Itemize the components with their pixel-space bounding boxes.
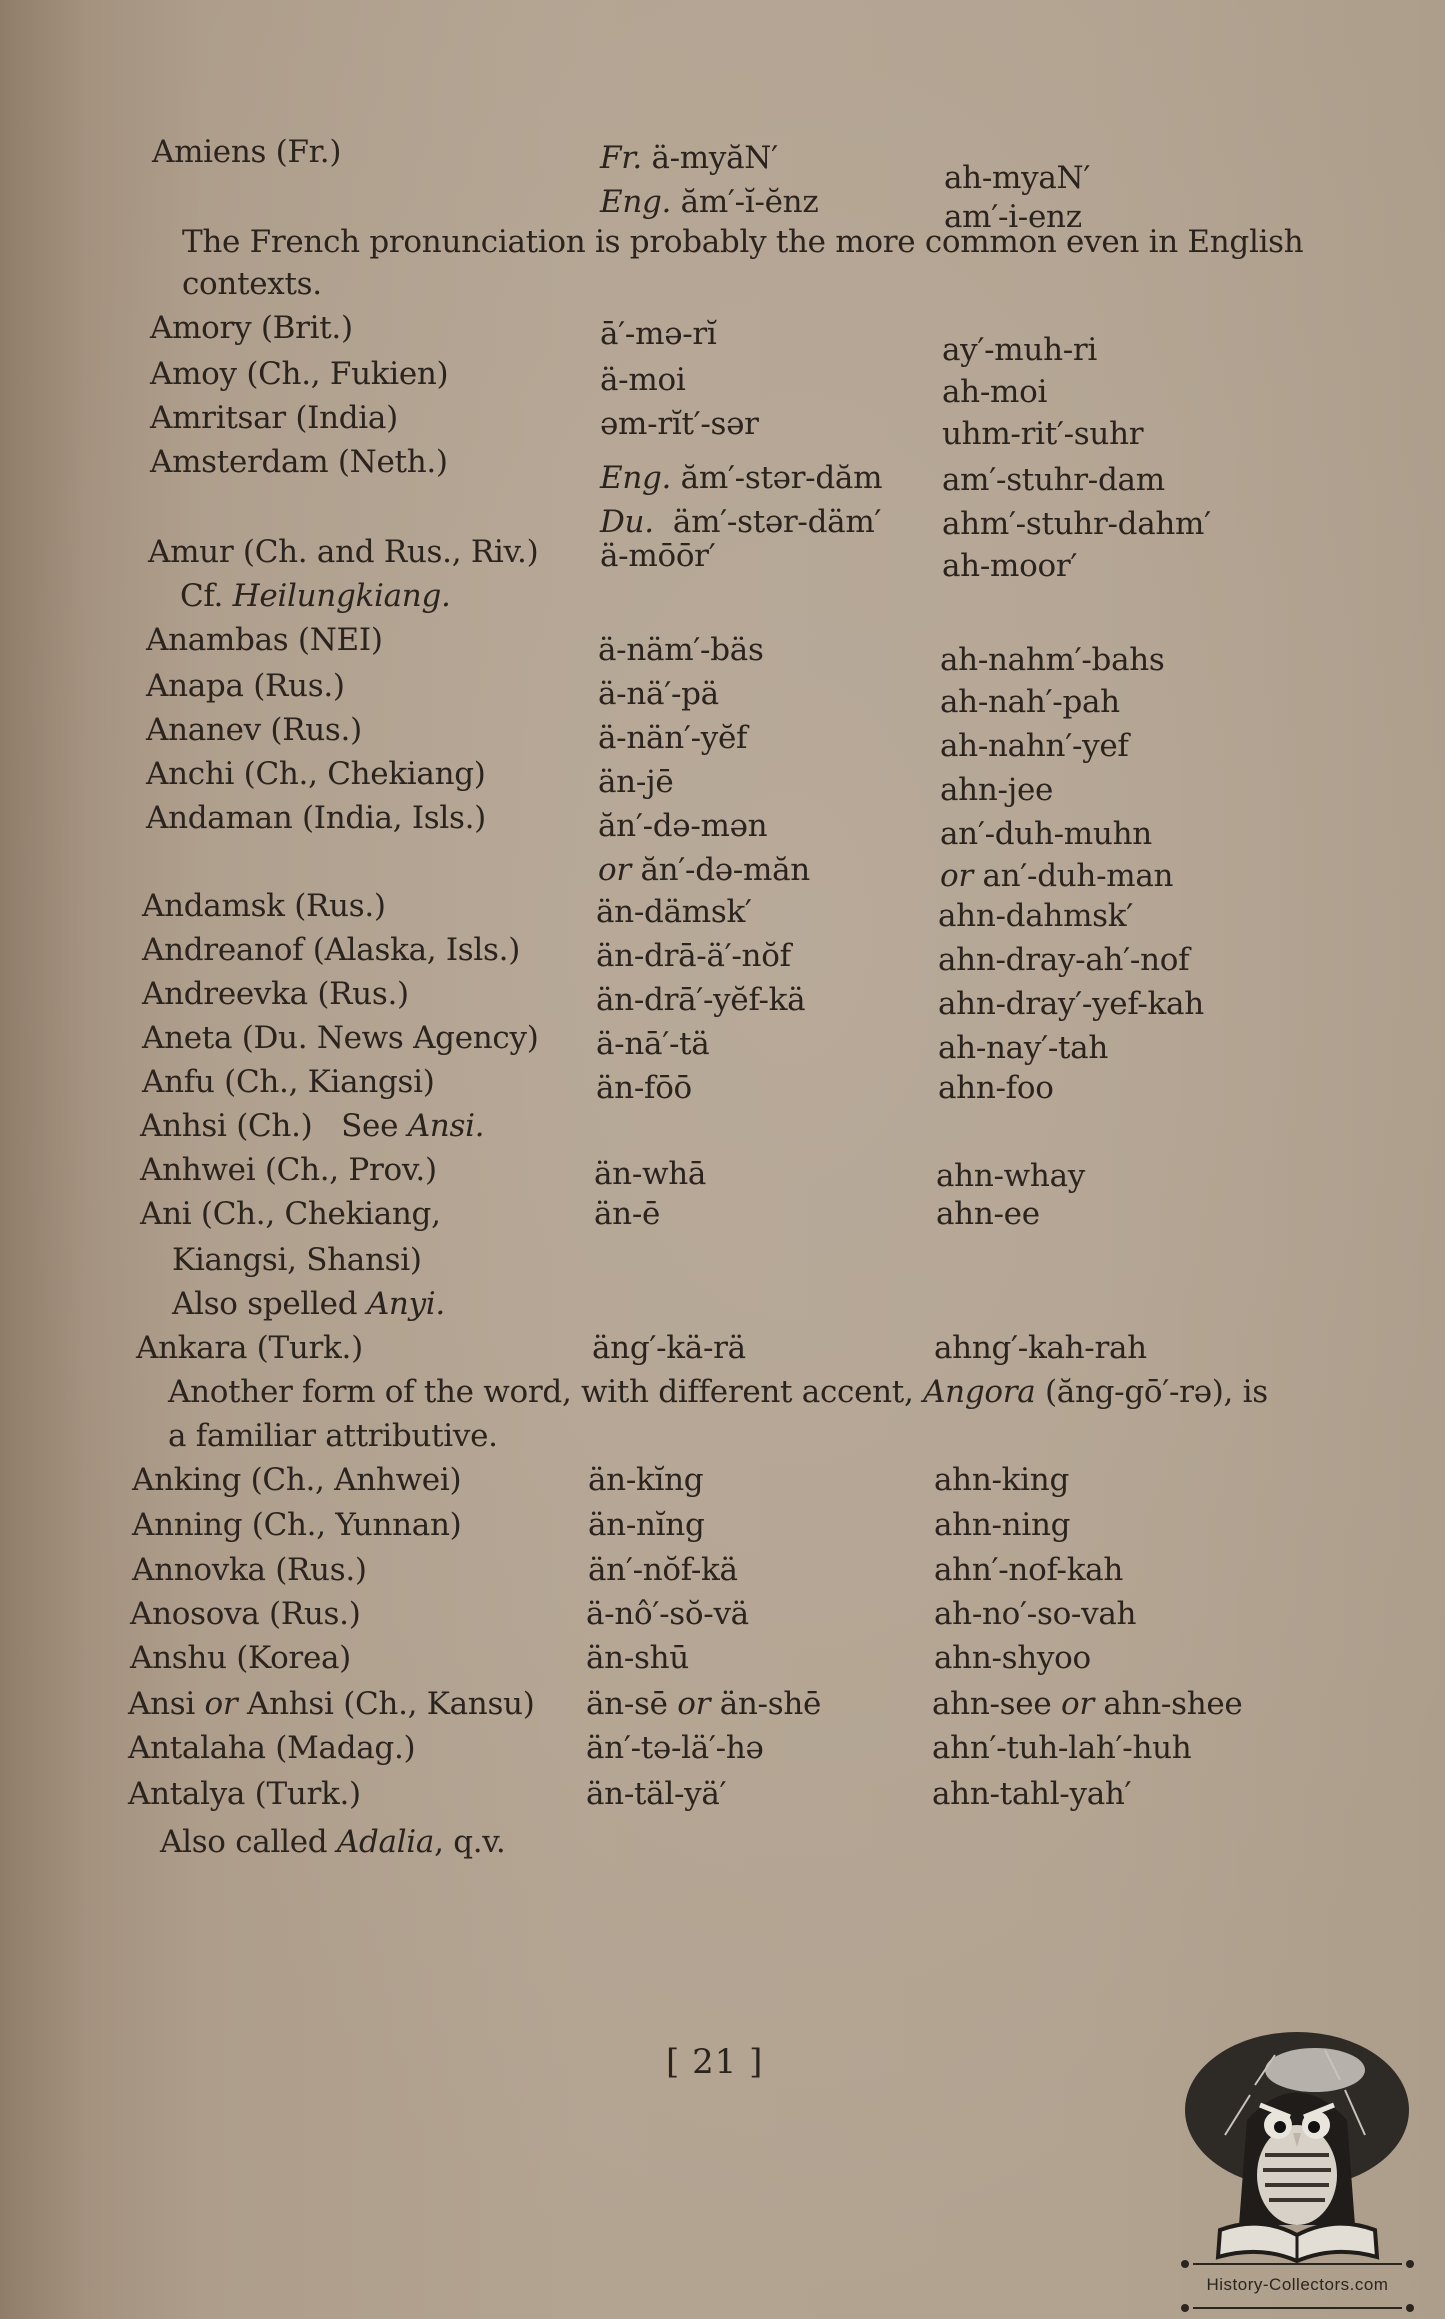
entry-ani: Ani (Ch., Chekiang, än-ē ahn-ee (0, 1192, 1445, 1236)
entry-amritsar: Amritsar (India) əm-rĭt′-sər uhm-rit′-su… (0, 396, 1445, 440)
cross-reference: Heilungkiang. (233, 578, 451, 614)
note-prefix: Also called (160, 1824, 327, 1860)
ornament-divider-icon (1165, 2257, 1430, 2271)
note-ankara-line1: Another form of the word, with different… (168, 1370, 1268, 1414)
entry-anhsi: Anhsi (Ch.) See Ansi. (0, 1104, 1445, 1148)
entry-anshu: Anshu (Korea) än-shū ahn-shyoo (0, 1636, 1445, 1680)
note-amiens-line1: The French pronunciation is probably the… (182, 220, 1303, 264)
note-prefix: Also spelled (172, 1286, 357, 1322)
entry-andamsk: Andamsk (Rus.) än-dämsk′ ahn-dahmsk′ (0, 884, 1445, 928)
entry-pronunciation-eng: Eng. ăm′-ĭ-ĕnz (600, 180, 818, 224)
entry-simplified: ahn-king (934, 1458, 1069, 1502)
entry-name: Antalya (Turk.) (128, 1772, 361, 1816)
pronunciation-text: ăm′-ĭ-ĕnz (681, 184, 819, 220)
entry-anambas: Anambas (NEI) ä-näm′-bäs ah-nahm′-bahs (0, 618, 1445, 662)
entry-name: Andreanof (Alaska, Isls.) (142, 928, 520, 972)
entry-ani-name-continued: Kiangsi, Shansi) (172, 1238, 422, 1282)
entry-pronunciation: än-whā (594, 1152, 706, 1196)
entry-name: Anking (Ch., Anhwei) (132, 1458, 461, 1502)
entry-name: Aneta (Du. News Agency) (142, 1016, 539, 1060)
entry-simplified: ahn-see or ahn-shee (932, 1682, 1242, 1726)
entry-name: Andamsk (Rus.) (142, 884, 386, 928)
entry-pronunciation: än′-nŏf-kä (588, 1548, 738, 1592)
entry-name: Anning (Ch., Yunnan) (132, 1503, 461, 1547)
entry-name: Amritsar (India) (150, 396, 398, 440)
or-label: or (598, 852, 631, 888)
entry-ananev: Ananev (Rus.) ä-nän′-yĕf ah-nahn′-yef (0, 708, 1445, 752)
cross-reference: Anyi. (367, 1286, 445, 1322)
entry-name: Annovka (Rus.) (132, 1548, 367, 1592)
entry-anapa: Anapa (Rus.) ä-nä′-pä ah-nah′-pah (0, 664, 1445, 708)
or-label: or (1061, 1686, 1094, 1722)
entry-anhwei: Anhwei (Ch., Prov.) än-whā ahn-whay (0, 1148, 1445, 1192)
entry-anfu: Anfu (Ch., Kiangsi) än-fōō ahn-foo (0, 1060, 1445, 1104)
entry-aneta: Aneta (Du. News Agency) ä-nā′-tä ah-nay′… (0, 1016, 1445, 1060)
note-ankara-line2: a familiar attributive. (168, 1414, 498, 1458)
entry-simplified: ahn′-tuh-lah′-huh (932, 1726, 1191, 1770)
entry-simplified: ahn-ning (934, 1503, 1070, 1547)
entry-pronunciation: än-ē (594, 1192, 660, 1236)
entry-name: Antalaha (Madag.) (128, 1726, 415, 1770)
entry-name: Amur (Ch. and Rus., Riv.) (148, 530, 538, 574)
simplified-text: ahn-see (932, 1686, 1051, 1722)
pronunciation-text: än-shē (720, 1686, 821, 1722)
cross-reference: Ansi. (408, 1108, 485, 1144)
entry-simplified: ahn-ee (936, 1192, 1040, 1236)
lang-label: Fr. (600, 140, 642, 176)
note-text: Another form of the word, with different… (168, 1374, 914, 1410)
entry-name: Anchi (Ch., Chekiang) (146, 752, 486, 796)
entry-name: Andreevka (Rus.) (142, 972, 409, 1016)
entry-amory: Amory (Brit.) ā′-mə-rĭ ay′-muh-ri (0, 306, 1445, 350)
entry-pronunciation: ăn′-də-mən (598, 804, 767, 848)
entry-andaman: Andaman (India, Isls.) ăn′-də-mən an′-du… (0, 796, 1445, 840)
simplified-text: ahn-shee (1103, 1686, 1242, 1722)
note-text: (ăng-gō′-rə), is (1045, 1374, 1268, 1410)
entry-name-text: Ansi (128, 1686, 195, 1722)
watermark-logo: History-Collectors.com (1165, 2025, 1430, 2310)
entry-name: Anhsi (Ch.) See Ansi. (140, 1104, 484, 1148)
pronunciation-text: ăm′-stər-dăm (681, 460, 883, 496)
entry-anning: Anning (Ch., Yunnan) än-nĭng ahn-ning (0, 1503, 1445, 1547)
entry-name: Ankara (Turk.) (136, 1326, 363, 1370)
entry-amsterdam: Amsterdam (Neth.) Eng. ăm′-stər-dăm am′-… (0, 440, 1445, 484)
entry-amiens-eng: Eng. ăm′-ĭ-ĕnz am′-i-enz (0, 180, 1445, 224)
entry-pronunciation: ä-mōōr′ (600, 534, 715, 578)
entry-andreanof: Andreanof (Alaska, Isls.) än-drā-ä′-nŏf … (0, 928, 1445, 972)
page-number: [ 21 ] (666, 2040, 763, 2084)
book-page: Amiens (Fr.) Fr. ä-myăN′ ah-myaN′ Eng. ă… (0, 0, 1445, 2319)
entry-simplified: ahn-shyoo (934, 1636, 1091, 1680)
entry-amoy: Amoy (Ch., Fukien) ä-moi ah-moi (0, 352, 1445, 396)
pronunciation-text: ä-myăN′ (651, 140, 777, 176)
see-label: See (341, 1108, 398, 1144)
entry-anchi: Anchi (Ch., Chekiang) än-jē ahn-jee (0, 752, 1445, 796)
entry-name: Anhwei (Ch., Prov.) (140, 1148, 437, 1192)
entry-pronunciation: än-nĭng (588, 1503, 705, 1547)
entry-amur: Amur (Ch. and Rus., Riv.) ä-mōōr′ ah-moo… (0, 530, 1445, 574)
entry-pronunciation: ā′-mə-rĭ (600, 312, 717, 356)
entry-pronunciation: än-kĭng (588, 1458, 703, 1502)
pronunciation-text: än-sē (586, 1686, 668, 1722)
entry-pronunciation: äng′-kä-rä (592, 1326, 746, 1370)
entry-pronunciation: än-shū (586, 1636, 689, 1680)
entry-name: Ananev (Rus.) (146, 708, 362, 752)
entry-name: Amoy (Ch., Fukien) (150, 352, 448, 396)
entry-name: Anapa (Rus.) (146, 664, 345, 708)
entry-pronunciation-fr: Fr. ä-myăN′ (600, 136, 778, 180)
entry-simplified: ahng′-kah-rah (934, 1326, 1147, 1370)
entry-ansi: Ansi or Anhsi (Ch., Kansu) än-sē or än-s… (0, 1682, 1445, 1726)
pronunciation-text: ăn′-də-măn (640, 852, 809, 888)
or-label: or (677, 1686, 710, 1722)
entry-ankara: Ankara (Turk.) äng′-kä-rä ahng′-kah-rah (0, 1326, 1445, 1370)
entry-pronunciation: än′-tə-lä′-hə (586, 1726, 764, 1770)
entry-name: Amsterdam (Neth.) (150, 440, 448, 484)
entry-name: Anfu (Ch., Kiangsi) (142, 1060, 435, 1104)
note-ani: Also spelled Anyi. (172, 1282, 445, 1326)
entry-amiens: Amiens (Fr.) Fr. ä-myăN′ ah-myaN′ (0, 130, 1445, 174)
entry-annovka: Annovka (Rus.) än′-nŏf-kä ahn′-nof-kah (0, 1548, 1445, 1592)
entry-pronunciation: än-täl-yä′ (586, 1772, 726, 1816)
lang-label: Eng. (600, 460, 671, 496)
entry-name: Amory (Brit.) (150, 306, 353, 350)
entry-name: Anambas (NEI) (146, 618, 383, 662)
cross-reference: Angora (923, 1374, 1035, 1410)
note-prefix: Cf. (180, 578, 223, 614)
entry-name: Amiens (Fr.) (152, 130, 341, 174)
entry-simplified: ah-no′-so-vah (934, 1592, 1136, 1636)
entry-name-text: Anhsi (Ch., Kansu) (247, 1686, 535, 1722)
watermark-text: History-Collectors.com (1165, 2275, 1430, 2295)
entry-pronunciation: än-sē or än-shē (586, 1682, 821, 1726)
entry-anosova: Anosova (Rus.) ä-nô′-sŏ-vä ah-no′-so-vah (0, 1592, 1445, 1636)
entry-name: Andaman (India, Isls.) (146, 796, 486, 840)
entry-andreevka: Andreevka (Rus.) än-drā′-yĕf-kä ahn-dray… (0, 972, 1445, 1016)
cross-reference: Adalia (337, 1824, 434, 1860)
entry-name: Ani (Ch., Chekiang, (140, 1192, 441, 1236)
entry-antalya: Antalya (Turk.) än-täl-yä′ ahn-tahl-yah′ (0, 1772, 1445, 1816)
entry-name-text: Anhsi (Ch.) (140, 1108, 312, 1144)
entry-antalaha: Antalaha (Madag.) än′-tə-lä′-hə ahn′-tuh… (0, 1726, 1445, 1770)
entry-pronunciation: ä-nô′-sŏ-vä (586, 1592, 749, 1636)
entry-name: Anshu (Korea) (130, 1636, 351, 1680)
entry-simplified: ahn′-nof-kah (934, 1548, 1123, 1592)
ornament-divider-icon (1165, 2301, 1430, 2315)
entry-simplified: ah-moor′ (942, 544, 1077, 588)
entry-name: Anosova (Rus.) (130, 1592, 361, 1636)
or-label: or (205, 1686, 238, 1722)
lang-label: Eng. (600, 184, 671, 220)
note-suffix: , q.v. (434, 1824, 505, 1860)
entry-simplified-eng: am′-stuhr-dam (942, 458, 1165, 502)
entry-simplified: ahn-tahl-yah′ (932, 1772, 1131, 1816)
owl-on-book-icon (1165, 2025, 1430, 2265)
entry-pronunciation-eng: Eng. ăm′-stər-dăm (600, 456, 882, 500)
note-amur: Cf. Heilungkiang. (180, 574, 451, 618)
entry-name: Ansi or Anhsi (Ch., Kansu) (128, 1682, 535, 1726)
entry-anking: Anking (Ch., Anhwei) än-kĭng ahn-king (0, 1458, 1445, 1502)
note-amiens-line2: contexts. (182, 262, 322, 306)
note-antalya: Also called Adalia, q.v. (160, 1820, 505, 1864)
